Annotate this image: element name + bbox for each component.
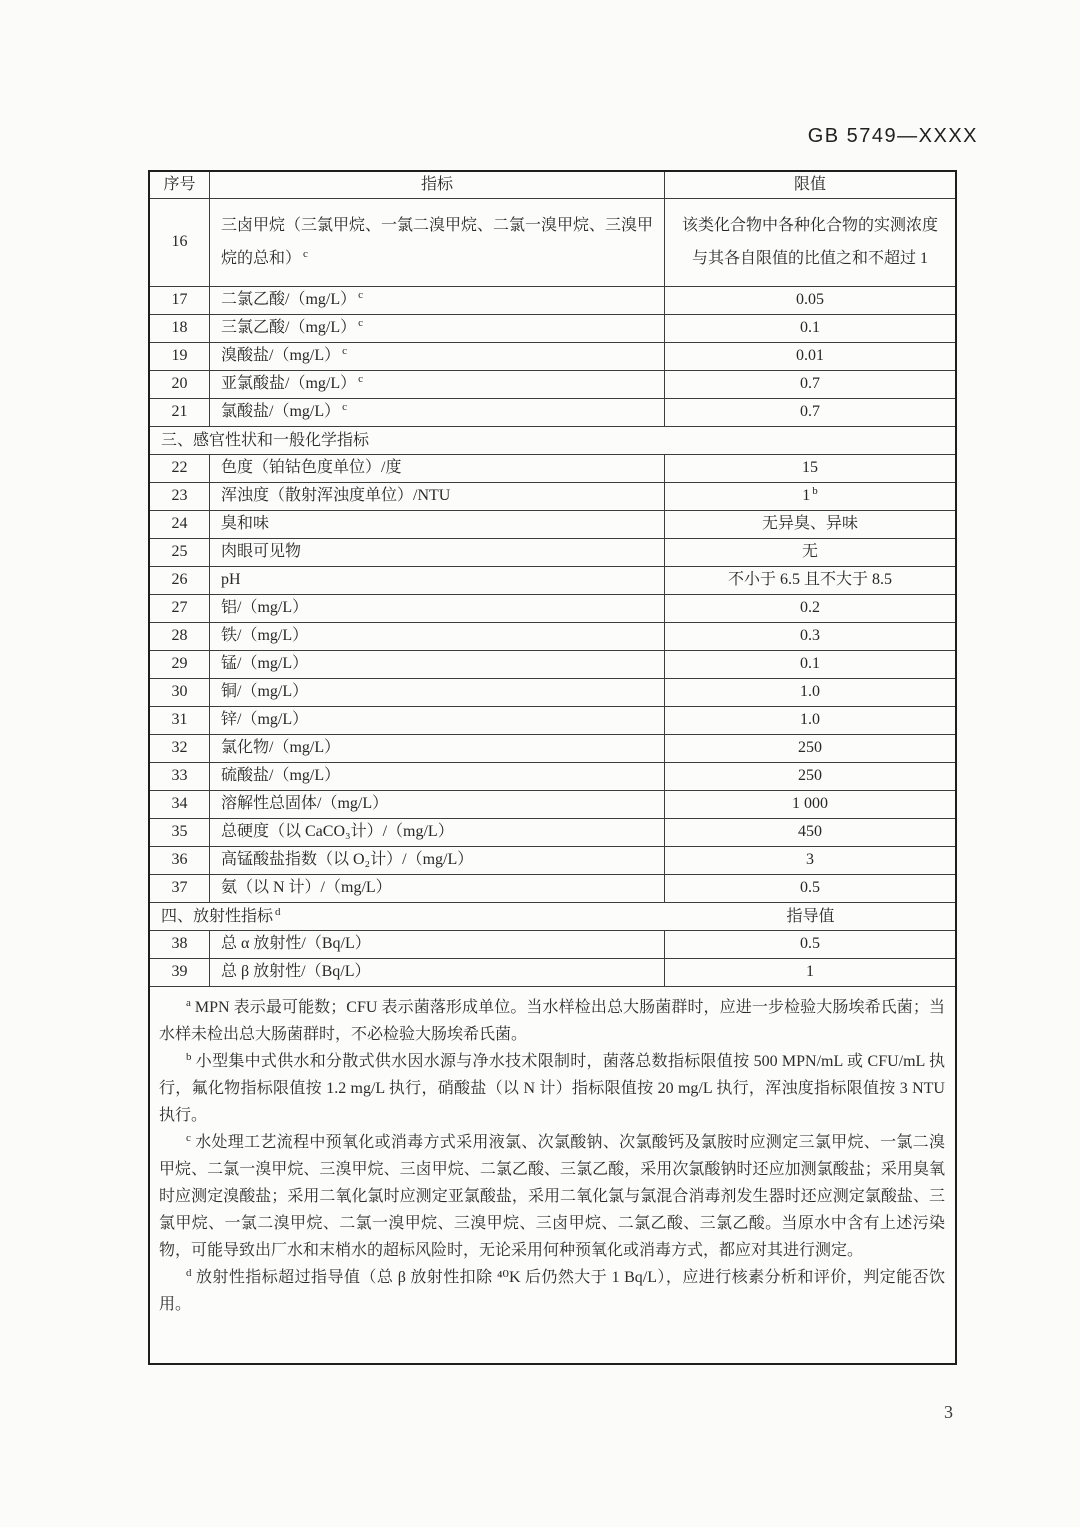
footnote-text: 水处理工艺流程中预氧化或消毒方式采用液氯、次氯酸钠、次氯酸钙及氯胺时应测定三氯甲… xyxy=(159,1134,945,1259)
row-limit-text: 0.7 xyxy=(800,403,820,420)
row-indicator: 高锰酸盐指数（以 O₂计）/（mg/L） xyxy=(210,847,665,874)
row-no-text: 24 xyxy=(172,515,188,532)
row-indicator-text: pH xyxy=(221,571,241,588)
row-indicator: 总硬度（以 CaCO₃计）/（mg/L） xyxy=(210,819,665,846)
row-no: 39 xyxy=(150,959,210,986)
footnote-text: MPN 表示最可能数；CFU 表示菌落形成单位。当水样检出总大肠菌群时，应进一步… xyxy=(159,999,945,1043)
row-indicator-text: 溴酸盐/（mg/L） xyxy=(221,347,340,364)
table-row: 18三氯乙酸/（mg/L）c0.1 xyxy=(150,315,955,343)
row-no: 19 xyxy=(150,343,210,370)
footnote-marker: c xyxy=(186,1132,191,1144)
row-indicator: 氨（以 N 计）/（mg/L） xyxy=(210,875,665,902)
table-row: 33硫酸盐/（mg/L）250 xyxy=(150,763,955,791)
header-no: 序号 xyxy=(150,172,210,198)
table-row: 23浑浊度（散射浑浊度单位）/NTU1b xyxy=(150,483,955,511)
row-limit: 0.1 xyxy=(665,315,955,342)
row-limit-text: 0.05 xyxy=(796,291,824,308)
row-limit-text: 无 xyxy=(802,543,818,560)
row-indicator: 三氯乙酸/（mg/L）c xyxy=(210,315,665,342)
table-row: 38总 α 放射性/（Bq/L）0.5 xyxy=(150,931,955,959)
row-indicator: 硫酸盐/（mg/L） xyxy=(210,763,665,790)
row-indicator-text: 色度（铂钴色度单位）/度 xyxy=(221,459,401,476)
row-limit-text: 0.2 xyxy=(800,599,820,616)
row-no: 18 xyxy=(150,315,210,342)
row-no-text: 34 xyxy=(172,795,188,812)
indicators-table: 序号 指标 限值 16三卤甲烷（三氯甲烷、一氯二溴甲烷、二氯一溴甲烷、三溴甲烷的… xyxy=(148,170,957,1365)
section-label-text: 三、感官性状和一般化学指标 xyxy=(161,432,369,449)
row-no-text: 16 xyxy=(172,233,188,250)
row-no: 28 xyxy=(150,623,210,650)
row-indicator-text: 氯酸盐/（mg/L） xyxy=(221,403,340,420)
section-label-sup: d xyxy=(275,906,281,918)
section-right-text: 指导值 xyxy=(786,908,834,925)
row-no-text: 33 xyxy=(172,767,188,784)
row-indicator-text: 二氯乙酸/（mg/L） xyxy=(221,291,356,308)
row-limit-text: 0.01 xyxy=(796,347,824,364)
section-label: 三、感官性状和一般化学指标 xyxy=(150,427,955,454)
row-indicator: 总 β 放射性/（Bq/L） xyxy=(210,959,665,986)
row-no: 23 xyxy=(150,483,210,510)
section-row: 四、放射性指标d指导值 xyxy=(150,903,955,931)
row-limit: 无异臭、异味 xyxy=(665,511,955,538)
footnote: c水处理工艺流程中预氧化或消毒方式采用液氯、次氯酸钠、次氯酸钙及氯胺时应测定三氯… xyxy=(159,1129,945,1264)
row-no-text: 20 xyxy=(172,375,188,392)
row-indicator-text: 铁/（mg/L） xyxy=(221,627,308,644)
row-limit-text: 250 xyxy=(798,739,822,756)
row-indicator: 二氯乙酸/（mg/L）c xyxy=(210,287,665,314)
row-no-text: 18 xyxy=(172,319,188,336)
table-row: 26pH不小于 6.5 且不大于 8.5 xyxy=(150,567,955,595)
row-no: 20 xyxy=(150,371,210,398)
row-limit-text: 0.5 xyxy=(800,935,820,952)
row-no: 36 xyxy=(150,847,210,874)
table-row: 20亚氯酸盐/（mg/L）c0.7 xyxy=(150,371,955,399)
section-right-label: 指导值 xyxy=(666,903,955,930)
row-indicator: 三卤甲烷（三氯甲烷、一氯二溴甲烷、二氯一溴甲烷、三溴甲烷的总和）c xyxy=(210,199,665,286)
row-limit: 1.0 xyxy=(665,707,955,734)
row-no-text: 26 xyxy=(172,571,188,588)
row-no-text: 21 xyxy=(172,403,188,420)
row-indicator-text: 总 β 放射性/（Bq/L） xyxy=(221,963,370,980)
row-limit: 0.5 xyxy=(665,931,955,958)
row-limit-text: 0.1 xyxy=(800,319,820,336)
row-limit: 1 xyxy=(665,959,955,986)
row-limit-text: 不小于 6.5 且不大于 8.5 xyxy=(728,571,892,588)
row-indicator-text: 氯化物/（mg/L） xyxy=(221,739,340,756)
table-row: 29锰/（mg/L）0.1 xyxy=(150,651,955,679)
row-limit-text: 1 xyxy=(806,963,814,980)
row-no: 21 xyxy=(150,399,210,426)
row-limit-text: 0.5 xyxy=(800,879,820,896)
row-no: 29 xyxy=(150,651,210,678)
row-indicator-text: 肉眼可见物 xyxy=(221,543,301,560)
row-indicator-text: 硫酸盐/（mg/L） xyxy=(221,767,340,784)
table-row: 22色度（铂钴色度单位）/度15 xyxy=(150,455,955,483)
row-limit-text: 0.7 xyxy=(800,375,820,392)
table-row: 34溶解性总固体/（mg/L）1 000 xyxy=(150,791,955,819)
row-limit-text: 450 xyxy=(798,823,822,840)
row-no: 27 xyxy=(150,595,210,622)
row-no-text: 25 xyxy=(172,543,188,560)
row-limit-text: 3 xyxy=(806,851,814,868)
row-limit: 1b xyxy=(665,483,955,510)
table-row: 32氯化物/（mg/L）250 xyxy=(150,735,955,763)
row-indicator-text: 三卤甲烷（三氯甲烷、一氯二溴甲烷、二氯一溴甲烷、三溴甲烷的总和） xyxy=(221,217,653,267)
footnote-marker: b xyxy=(186,1051,192,1063)
row-no-text: 22 xyxy=(172,459,188,476)
row-indicator-text: 锰/（mg/L） xyxy=(221,655,308,672)
row-indicator: 铜/（mg/L） xyxy=(210,679,665,706)
row-indicator: 亚氯酸盐/（mg/L）c xyxy=(210,371,665,398)
row-no: 25 xyxy=(150,539,210,566)
row-limit: 15 xyxy=(665,455,955,482)
row-limit: 0.3 xyxy=(665,623,955,650)
row-no: 22 xyxy=(150,455,210,482)
row-indicator-text: 总硬度（以 CaCO₃计）/（mg/L） xyxy=(221,823,454,840)
row-limit: 0.1 xyxy=(665,651,955,678)
table-row: 25肉眼可见物无 xyxy=(150,539,955,567)
table-row: 17二氯乙酸/（mg/L）c0.05 xyxy=(150,287,955,315)
section-row: 三、感官性状和一般化学指标 xyxy=(150,427,955,455)
footnote-text: 小型集中式供水和分散式供水因水源与净水技术限制时，菌落总数指标限值按 500 M… xyxy=(159,1053,945,1124)
row-indicator-text: 浑浊度（散射浑浊度单位）/NTU xyxy=(221,487,450,504)
row-limit: 0.2 xyxy=(665,595,955,622)
row-indicator-text: 高锰酸盐指数（以 O₂计）/（mg/L） xyxy=(221,851,473,868)
footnote: aMPN 表示最可能数；CFU 表示菌落形成单位。当水样检出总大肠菌群时，应进一… xyxy=(159,994,945,1048)
table-row: 30铜/（mg/L）1.0 xyxy=(150,679,955,707)
row-indicator-text: 铝/（mg/L） xyxy=(221,599,308,616)
row-limit: 0.5 xyxy=(665,875,955,902)
table-row: 24臭和味无异臭、异味 xyxy=(150,511,955,539)
footnote-text: 放射性指标超过指导值（总 β 放射性扣除 ⁴⁰K 后仍然大于 1 Bq/L），应… xyxy=(159,1269,945,1313)
row-indicator-text: 臭和味 xyxy=(221,515,269,532)
table-row: 27铝/（mg/L）0.2 xyxy=(150,595,955,623)
row-no: 26 xyxy=(150,567,210,594)
section-label: 四、放射性指标d xyxy=(150,903,666,930)
row-no: 17 xyxy=(150,287,210,314)
row-limit: 250 xyxy=(665,735,955,762)
row-indicator: 浑浊度（散射浑浊度单位）/NTU xyxy=(210,483,665,510)
row-limit: 不小于 6.5 且不大于 8.5 xyxy=(665,567,955,594)
table-row: 19溴酸盐/（mg/L）c0.01 xyxy=(150,343,955,371)
row-limit: 0.7 xyxy=(665,371,955,398)
table-row: 39总 β 放射性/（Bq/L）1 xyxy=(150,959,955,987)
row-no: 35 xyxy=(150,819,210,846)
row-limit-text: 0.3 xyxy=(800,627,820,644)
row-no-text: 39 xyxy=(172,963,188,980)
row-indicator: 色度（铂钴色度单位）/度 xyxy=(210,455,665,482)
doc-code: GB 5749—XXXX xyxy=(808,125,978,148)
row-indicator-text: 氨（以 N 计）/（mg/L） xyxy=(221,879,392,896)
indicator-sup: c xyxy=(342,345,347,357)
row-indicator-text: 铜/（mg/L） xyxy=(221,683,308,700)
table-row: 35总硬度（以 CaCO₃计）/（mg/L）450 xyxy=(150,819,955,847)
row-indicator-text: 总 α 放射性/（Bq/L） xyxy=(221,935,371,952)
footnote-marker: a xyxy=(186,997,191,1009)
row-no-text: 17 xyxy=(172,291,188,308)
footnote: d放射性指标超过指导值（总 β 放射性扣除 ⁴⁰K 后仍然大于 1 Bq/L），… xyxy=(159,1264,945,1318)
row-limit: 0.7 xyxy=(665,399,955,426)
indicator-sup: c xyxy=(342,401,347,413)
row-limit-text: 1.0 xyxy=(800,711,820,728)
table-row: 37氨（以 N 计）/（mg/L）0.5 xyxy=(150,875,955,903)
limit-sup: b xyxy=(812,485,818,497)
row-no: 37 xyxy=(150,875,210,902)
row-no: 30 xyxy=(150,679,210,706)
row-no-text: 29 xyxy=(172,655,188,672)
section-label-text: 四、放射性指标 xyxy=(161,908,273,925)
header-indicator: 指标 xyxy=(210,172,665,198)
row-no-text: 19 xyxy=(172,347,188,364)
table-row: 16三卤甲烷（三氯甲烷、一氯二溴甲烷、二氯一溴甲烷、三溴甲烷的总和）c该类化合物… xyxy=(150,199,955,287)
table-header-row: 序号 指标 限值 xyxy=(150,172,955,199)
row-no-text: 31 xyxy=(172,711,188,728)
row-no: 34 xyxy=(150,791,210,818)
row-limit: 1.0 xyxy=(665,679,955,706)
row-indicator: 锌/（mg/L） xyxy=(210,707,665,734)
row-indicator: 铁/（mg/L） xyxy=(210,623,665,650)
row-indicator: 溶解性总固体/（mg/L） xyxy=(210,791,665,818)
row-no: 16 xyxy=(150,199,210,286)
indicator-sup: c xyxy=(358,289,363,301)
row-no-text: 28 xyxy=(172,627,188,644)
row-limit: 450 xyxy=(665,819,955,846)
row-indicator-text: 三氯乙酸/（mg/L） xyxy=(221,319,356,336)
footnote-marker: d xyxy=(186,1267,192,1279)
row-indicator: 氯酸盐/（mg/L）c xyxy=(210,399,665,426)
row-indicator-text: 溶解性总固体/（mg/L） xyxy=(221,795,388,812)
row-no-text: 30 xyxy=(172,683,188,700)
footnotes-cell: aMPN 表示最可能数；CFU 表示菌落形成单位。当水样检出总大肠菌群时，应进一… xyxy=(150,987,955,1363)
row-limit-text: 该类化合物中各种化合物的实测浓度与其各自限值的比值之和不超过 1 xyxy=(682,217,938,267)
row-indicator: 溴酸盐/（mg/L）c xyxy=(210,343,665,370)
row-limit: 该类化合物中各种化合物的实测浓度与其各自限值的比值之和不超过 1 xyxy=(665,199,955,286)
row-limit: 0.01 xyxy=(665,343,955,370)
row-indicator-text: 锌/（mg/L） xyxy=(221,711,308,728)
page-number: 3 xyxy=(944,1402,953,1423)
row-no: 31 xyxy=(150,707,210,734)
row-limit-text: 1.0 xyxy=(800,683,820,700)
row-limit: 250 xyxy=(665,763,955,790)
row-limit-text: 250 xyxy=(798,767,822,784)
row-no-text: 27 xyxy=(172,599,188,616)
row-no-text: 35 xyxy=(172,823,188,840)
row-no: 38 xyxy=(150,931,210,958)
row-limit-text: 无异臭、异味 xyxy=(762,515,858,532)
header-limit: 限值 xyxy=(665,172,955,198)
row-indicator: pH xyxy=(210,567,665,594)
row-limit-text: 1 000 xyxy=(792,795,828,812)
row-no: 24 xyxy=(150,511,210,538)
row-indicator: 总 α 放射性/（Bq/L） xyxy=(210,931,665,958)
row-no-text: 38 xyxy=(172,935,188,952)
row-no-text: 23 xyxy=(172,487,188,504)
row-limit: 1 000 xyxy=(665,791,955,818)
row-indicator: 锰/（mg/L） xyxy=(210,651,665,678)
footnote: b小型集中式供水和分散式供水因水源与净水技术限制时，菌落总数指标限值按 500 … xyxy=(159,1048,945,1129)
row-indicator-text: 亚氯酸盐/（mg/L） xyxy=(221,375,356,392)
indicator-sup: c xyxy=(303,248,308,260)
row-no-text: 36 xyxy=(172,851,188,868)
table-row: 36高锰酸盐指数（以 O₂计）/（mg/L）3 xyxy=(150,847,955,875)
row-indicator: 铝/（mg/L） xyxy=(210,595,665,622)
row-no: 32 xyxy=(150,735,210,762)
indicator-sup: c xyxy=(358,317,363,329)
indicator-sup: c xyxy=(358,373,363,385)
row-indicator: 臭和味 xyxy=(210,511,665,538)
document-page: GB 5749—XXXX 序号 指标 限值 16三卤甲烷（三氯甲烷、一氯二溴甲烷… xyxy=(0,0,1080,1527)
row-no: 33 xyxy=(150,763,210,790)
row-no-text: 37 xyxy=(172,879,188,896)
table-row: 31锌/（mg/L）1.0 xyxy=(150,707,955,735)
row-indicator: 氯化物/（mg/L） xyxy=(210,735,665,762)
table-row: 28铁/（mg/L）0.3 xyxy=(150,623,955,651)
row-limit: 无 xyxy=(665,539,955,566)
table-row: 21氯酸盐/（mg/L）c0.7 xyxy=(150,399,955,427)
row-limit-text: 15 xyxy=(802,459,818,476)
row-indicator: 肉眼可见物 xyxy=(210,539,665,566)
row-limit: 0.05 xyxy=(665,287,955,314)
row-limit-text: 1 xyxy=(802,487,810,504)
row-no-text: 32 xyxy=(172,739,188,756)
row-limit: 3 xyxy=(665,847,955,874)
row-limit-text: 0.1 xyxy=(800,655,820,672)
